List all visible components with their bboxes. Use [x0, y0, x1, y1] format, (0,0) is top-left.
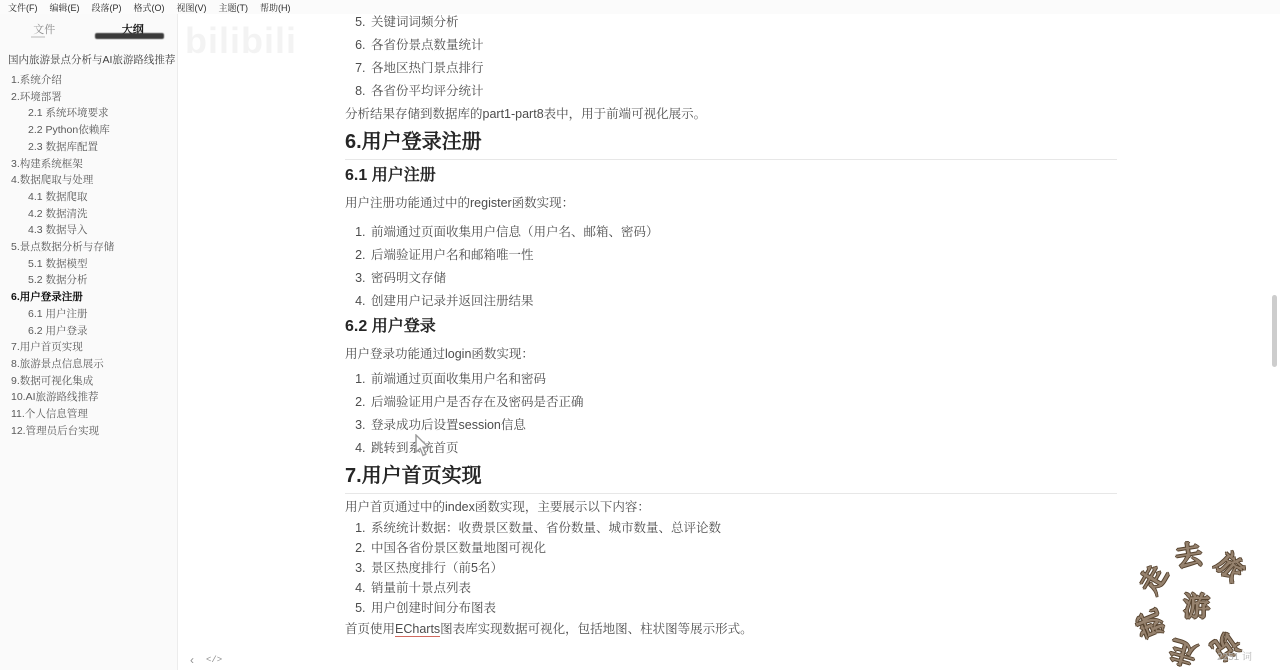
- list-item: 后端验证用户名和邮箱唯一性: [369, 248, 1117, 263]
- outline-item[interactable]: 5.景点数据分析与存储: [0, 239, 177, 256]
- stamp-character: 去: [1172, 532, 1205, 575]
- analysis-result-list: 关键词词频分析各省份景点数量统计各地区热门景点排行各省份平均评分统计: [345, 15, 1117, 99]
- stamp-character: 就: [1125, 605, 1171, 645]
- footer-note-text: 首页使用: [345, 622, 395, 636]
- word-count: 2251 词: [1217, 648, 1252, 663]
- echarts-spellcheck-text: ECharts: [395, 622, 440, 637]
- list-item: 销量前十景点列表: [369, 581, 1117, 596]
- stamp-character: 走: [1128, 557, 1175, 600]
- sidebar: 文件 大纲 国内旅游景点分析与AI旅游路线推荐 1.系统介绍2.环境部署2.1 …: [0, 14, 178, 670]
- outline-item[interactable]: 5.2 数据分析: [0, 272, 177, 289]
- menu-file[interactable]: 文件(F): [2, 1, 44, 14]
- tab-files[interactable]: 文件: [0, 21, 89, 37]
- editor-area[interactable]: bilibili 关键词词频分析各省份景点数量统计各地区热门景点排行各省份平均评…: [178, 14, 1280, 670]
- outline-item[interactable]: 7.用户首页实现: [0, 339, 177, 356]
- list-item: 各省份平均评分统计: [369, 84, 1117, 99]
- list-item: 各地区热门景点排行: [369, 61, 1117, 76]
- list-item: 前端通过页面收集用户信息（用户名、邮箱、密码）: [369, 225, 1117, 240]
- menu-theme[interactable]: 主题(T): [213, 1, 255, 14]
- list-item: 跳转到系统首页: [369, 441, 1117, 456]
- list-item: 各省份景点数量统计: [369, 38, 1117, 53]
- list-item: 系统统计数据：收费景区数量、省份数量、城市数量、总评论数: [369, 521, 1117, 536]
- list-item: 登录成功后设置session信息: [369, 418, 1117, 433]
- heading-6-2: 6.2 用户登录: [345, 317, 1117, 336]
- outline-item[interactable]: 1.系统介绍: [0, 72, 177, 89]
- status-bar: ‹ </>: [190, 655, 222, 665]
- home-items-list: 系统统计数据：收费景区数量、省份数量、城市数量、总评论数中国各省份景区数量地图可…: [345, 521, 1117, 616]
- outline-item[interactable]: 6.用户登录注册: [0, 289, 177, 306]
- stamp-character: 游: [1183, 585, 1210, 624]
- menu-edit[interactable]: 编辑(E): [44, 1, 86, 14]
- list-item: 密码明文存储: [369, 271, 1117, 286]
- list-item: 中国各省份景区数量地图可视化: [369, 541, 1117, 556]
- login-intro: 用户登录功能通过login函数实现：: [345, 347, 1117, 362]
- outline-item[interactable]: 2.2 Python依赖库: [0, 122, 177, 139]
- heading-6-1: 6.1 用户注册: [345, 166, 1117, 185]
- stamp-character: 旅: [1208, 542, 1254, 589]
- home-intro: 用户首页通过中的index函数实现，主要展示以下内容：: [345, 500, 1117, 515]
- outline-item[interactable]: 6.2 用户登录: [0, 323, 177, 340]
- mouse-cursor-icon: [414, 434, 430, 458]
- outline-item[interactable]: 12.管理员后台实现: [0, 423, 177, 440]
- outline-item[interactable]: 10.AI旅游路线推荐: [0, 389, 177, 406]
- list-item: 景区热度排行（前5名）: [369, 561, 1117, 576]
- outline-item[interactable]: 8.旅游景点信息展示: [0, 356, 177, 373]
- stamp-character: 走: [1164, 632, 1201, 670]
- sidebar-collapse-icon[interactable]: ‹: [190, 655, 194, 665]
- heading-section7: 7.用户首页实现: [345, 464, 1117, 494]
- menu-paragraph[interactable]: 段落(P): [86, 1, 128, 14]
- analysis-note: 分析结果存储到数据库的part1-part8表中，用于前端可视化展示。: [345, 107, 1117, 122]
- outline-item[interactable]: 4.2 数据清洗: [0, 206, 177, 223]
- list-item: 创建用户记录并返回注册结果: [369, 294, 1117, 309]
- outline-item[interactable]: 5.1 数据模型: [0, 256, 177, 273]
- list-item: 前端通过页面收集用户名和密码: [369, 372, 1117, 387]
- list-item: 关键词词频分析: [369, 15, 1117, 30]
- outline-list: 1.系统介绍2.环境部署2.1 系统环境要求2.2 Python依赖库2.3 数…: [0, 72, 177, 439]
- list-item: 用户创建时间分布图表: [369, 601, 1117, 616]
- outline-document-title[interactable]: 国内旅游景点分析与AI旅游路线推荐: [8, 54, 171, 67]
- bilibili-watermark: bilibili: [185, 20, 297, 62]
- outline-item[interactable]: 2.3 数据库配置: [0, 139, 177, 156]
- outline-item[interactable]: 9.数据可视化集成: [0, 373, 177, 390]
- files-tab-dash: [31, 36, 45, 38]
- stamp-character: 说: [1204, 624, 1248, 670]
- menu-help[interactable]: 帮助(H): [254, 1, 297, 14]
- menu-bar: 文件(F) 编辑(E) 段落(P) 格式(O) 视图(V) 主题(T) 帮助(H…: [0, 0, 1280, 14]
- outline-item[interactable]: 3.构建系统框架: [0, 156, 177, 173]
- menu-view[interactable]: 视图(V): [171, 1, 213, 14]
- register-steps-list: 前端通过页面收集用户信息（用户名、邮箱、密码）后端验证用户名和邮箱唯一性密码明文…: [345, 225, 1117, 309]
- footer-note-text: 图表库实现数据可视化，包括地图、柱状图等展示形式。: [440, 622, 753, 636]
- redacted-filename-blur: [95, 33, 164, 39]
- login-steps-list: 前端通过页面收集用户名和密码后端验证用户是否存在及密码是否正确登录成功后设置se…: [345, 372, 1117, 456]
- menu-format[interactable]: 格式(O): [128, 1, 171, 14]
- document: 关键词词频分析各省份景点数量统计各地区热门景点排行各省份平均评分统计 分析结果存…: [345, 14, 1117, 637]
- heading-section6: 6.用户登录注册: [345, 130, 1117, 160]
- register-intro: 用户注册功能通过中的register函数实现：: [345, 196, 1117, 211]
- footer-note: 首页使用ECharts图表库实现数据可视化，包括地图、柱状图等展示形式。: [345, 622, 1117, 637]
- outline-item[interactable]: 11.个人信息管理: [0, 406, 177, 423]
- outline-item[interactable]: 4.1 数据爬取: [0, 189, 177, 206]
- outline-item[interactable]: 4.数据爬取与处理: [0, 172, 177, 189]
- outline-item[interactable]: 6.1 用户注册: [0, 306, 177, 323]
- app-window: 文件(F) 编辑(E) 段落(P) 格式(O) 视图(V) 主题(T) 帮助(H…: [0, 0, 1280, 670]
- outline-item[interactable]: 2.环境部署: [0, 89, 177, 106]
- list-item: 后端验证用户是否存在及密码是否正确: [369, 395, 1117, 410]
- outline-item[interactable]: 2.1 系统环境要求: [0, 105, 177, 122]
- source-code-mode-icon[interactable]: </>: [206, 655, 222, 665]
- scrollbar-thumb[interactable]: [1272, 295, 1277, 367]
- outline-item[interactable]: 4.3 数据导入: [0, 222, 177, 239]
